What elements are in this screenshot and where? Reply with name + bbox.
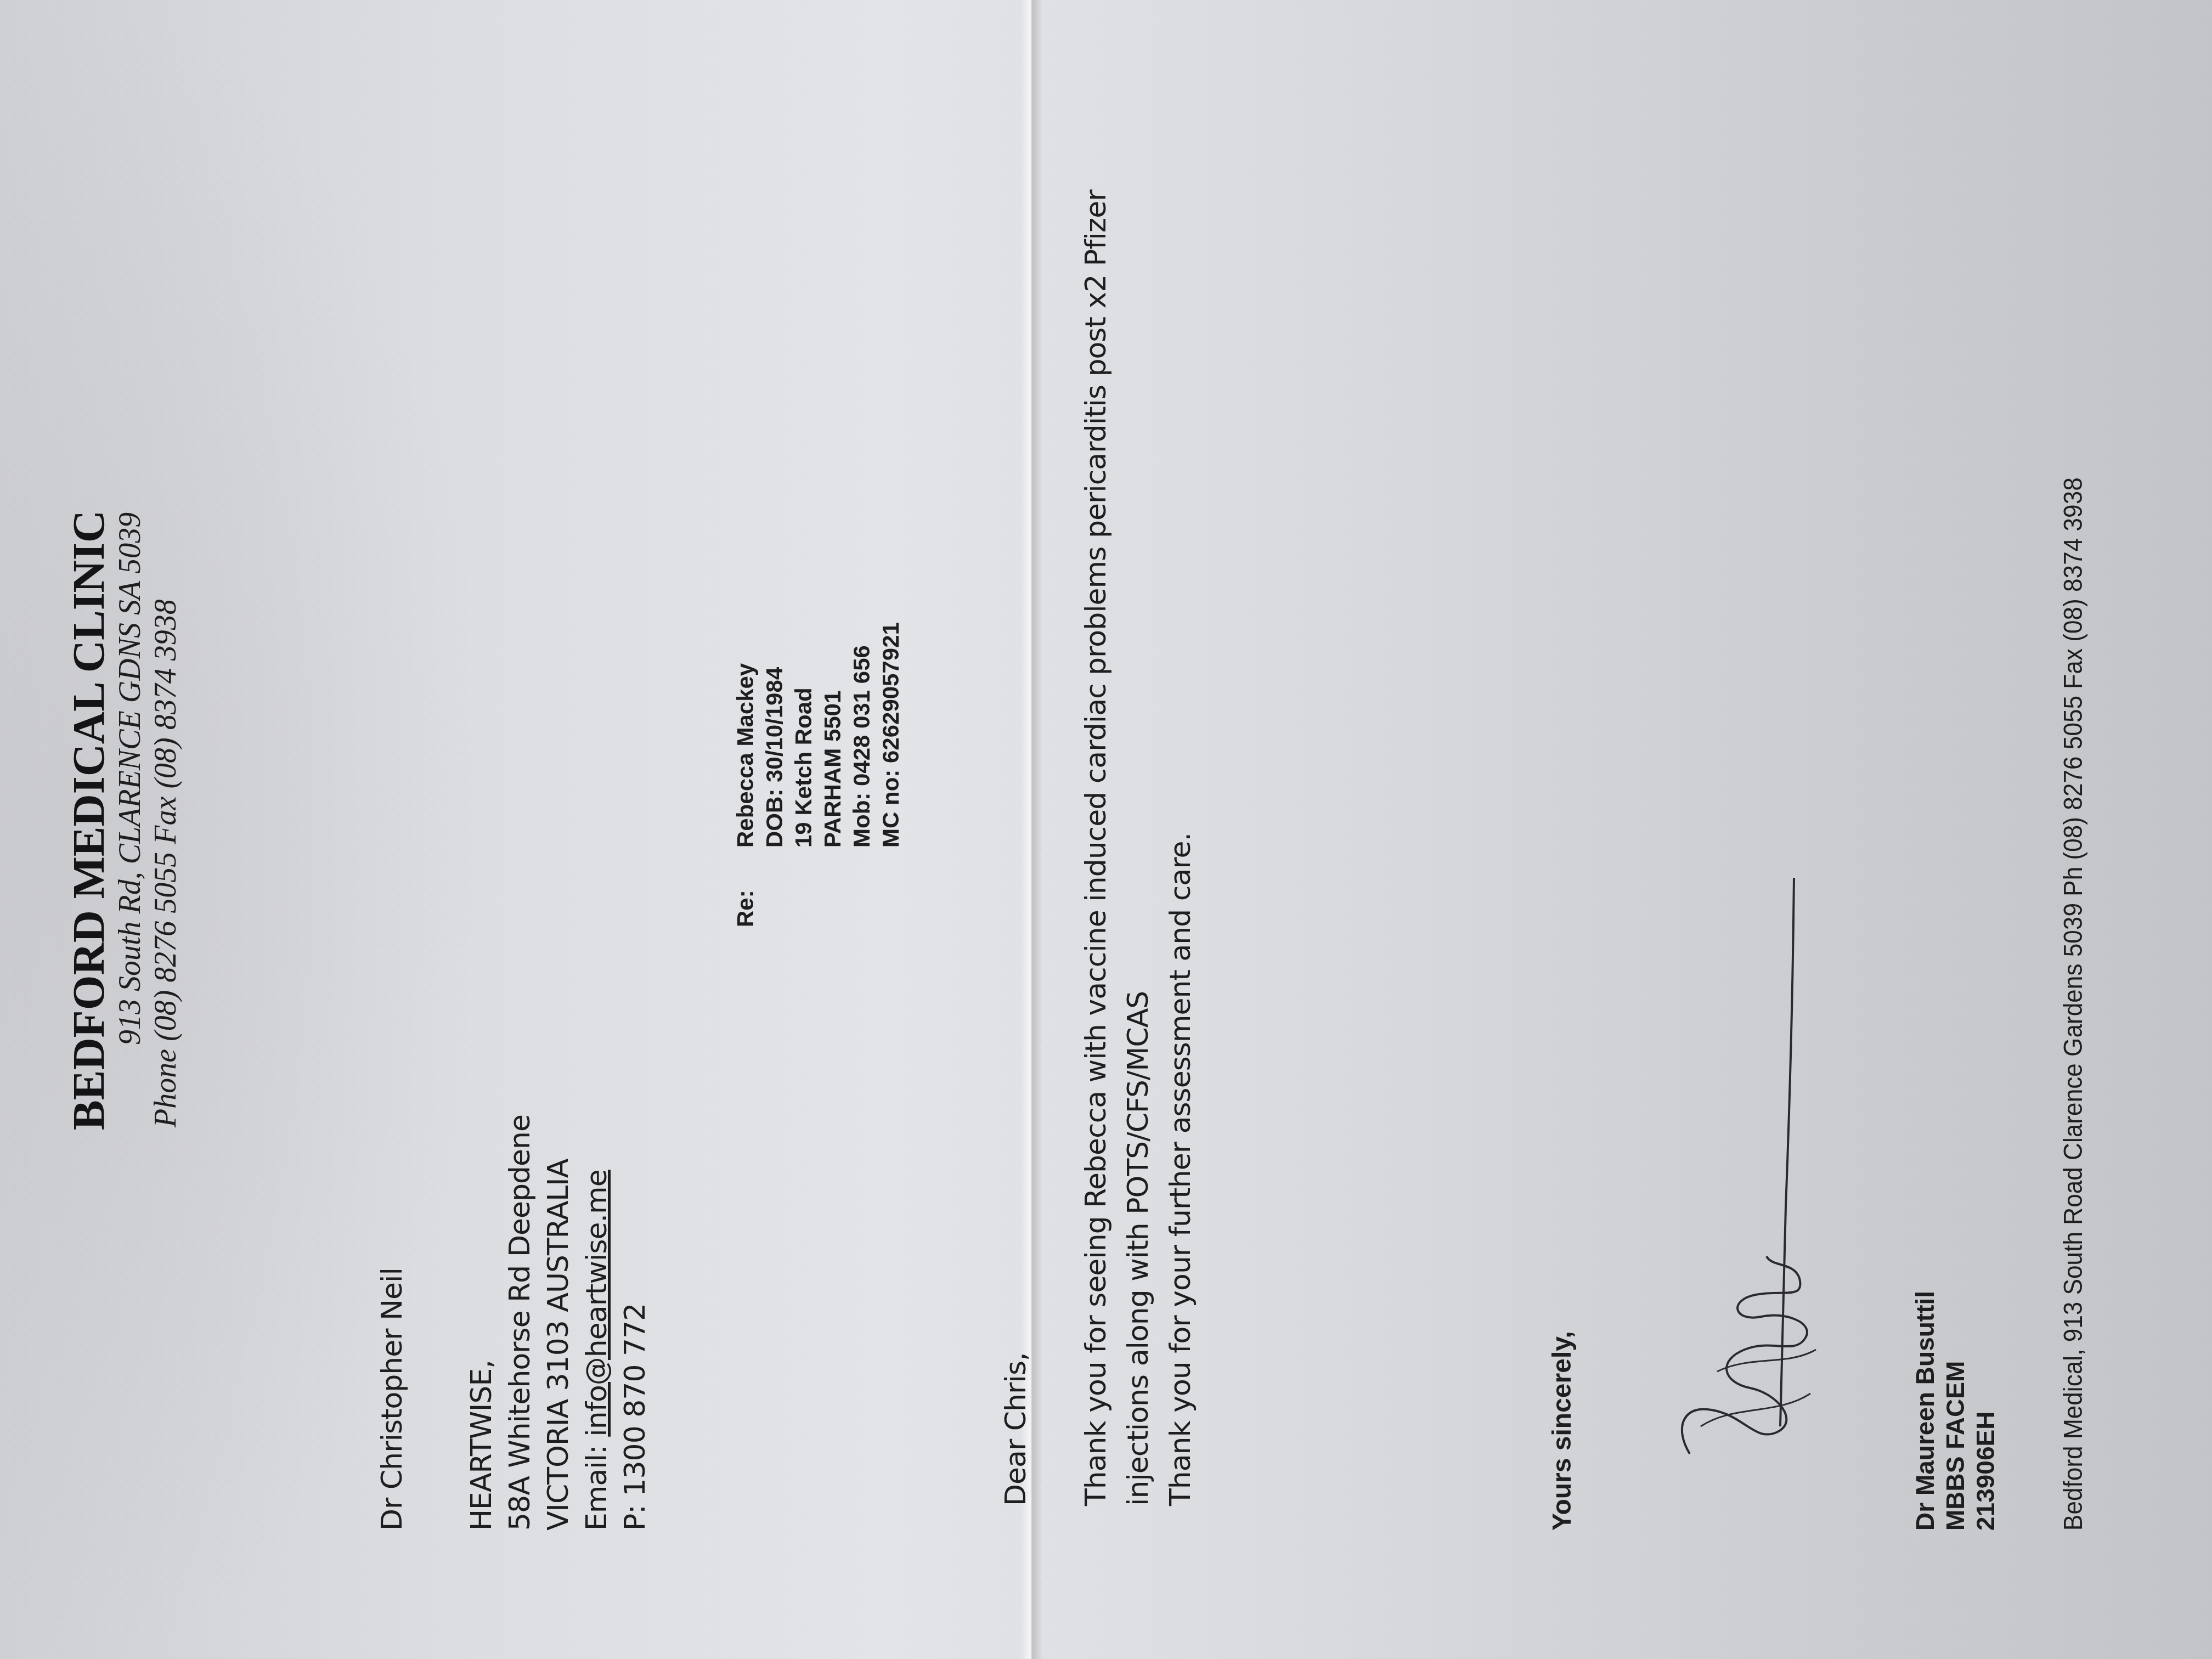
clinic-name: BEDFORD MEDICAL CLINIC xyxy=(63,510,115,1130)
body-paragraph-line: Thank you for seeing Rebecca with vaccin… xyxy=(1080,190,1113,1506)
signature-icon xyxy=(1668,878,1832,1470)
re-label: Re: xyxy=(732,890,759,927)
recipient-line: HEARTWISE, xyxy=(465,1360,498,1531)
clinic-phone-fax: Phone (08) 8276 5055 Fax (08) 8374 3938 xyxy=(148,599,183,1127)
recipient-name: Dr Christopher Neil xyxy=(376,1268,409,1531)
body-paragraph-line: injections along with POTS/CFS/MCAS xyxy=(1122,991,1155,1506)
patient-mobile: Mob: 0428 031 656 xyxy=(849,645,875,848)
body-paragraph-line: Thank you for your further assessment an… xyxy=(1164,833,1197,1506)
patient-dob: DOB: 30/10/1984 xyxy=(761,667,788,848)
patient-address-line1: 19 Ketch Road xyxy=(791,687,817,848)
footer-address: Bedford Medical, 913 South Road Clarence… xyxy=(2058,477,2089,1531)
recipient-email-row: Email: info@heartwise.me xyxy=(580,1170,613,1531)
recipient-line: VICTORIA 3103 AUSTRALIA xyxy=(542,1159,575,1531)
recipient-phone: P: 1300 870 772 xyxy=(619,1304,652,1531)
recipient-email-label: Email: xyxy=(580,1437,613,1531)
patient-medicare-number: MC no: 62629057921 xyxy=(878,622,904,848)
patient-address-line2: PARHAM 5501 xyxy=(820,691,846,848)
clinic-address: 913 South Rd, CLARENCE GDNS SA 5039 xyxy=(112,512,148,1045)
salutation: Dear Chris, xyxy=(1000,1352,1032,1506)
patient-name: Rebecca Mackey xyxy=(732,663,759,848)
recipient-email-link[interactable]: info@heartwise.me xyxy=(580,1170,613,1436)
signatory-qualifications: MBBS FACEM xyxy=(1940,1361,1970,1531)
signatory-name: Dr Maureen Busuttil xyxy=(1910,1291,1940,1531)
closing: Yours sincerely, xyxy=(1547,1331,1577,1531)
signatory-provider-number: 213906EH xyxy=(1971,1412,2000,1531)
recipient-line: 58A Whitehorse Rd Deepdene xyxy=(504,1115,537,1531)
